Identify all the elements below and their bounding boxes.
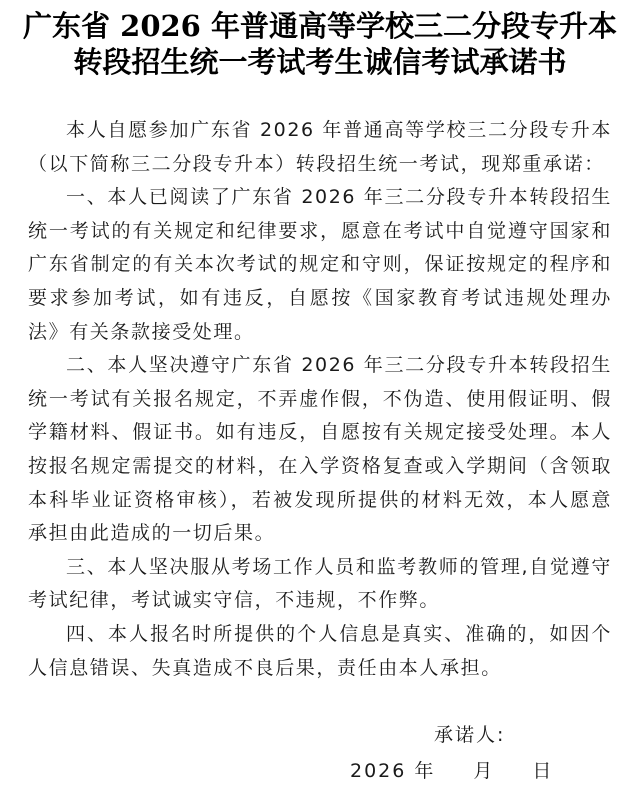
document-body: 本人自愿参加广东省 2026 年普通高等学校三二分段专升本（以下简称三二分段专升… [28,114,612,685]
clause-3-paragraph: 三、本人坚决服从考场工作人员和监考教师的管理,自觉遵守考试纪律，考试诚实守信，不… [28,551,612,618]
intro-paragraph: 本人自愿参加广东省 2026 年普通高等学校三二分段专升本（以下简称三二分段专升… [28,114,612,181]
signature-date: 2026 年月日 [350,756,553,783]
clause-1-paragraph: 一、本人已阅读了广东省 2026 年三二分段专升本转段招生统一考试的有关规定和纪… [28,181,612,349]
promisor-signature-label: 承诺人: [434,720,505,747]
document-title-line2: 转段招生统一考试考生诚信考试承诺书 [0,44,640,80]
date-month: 月 [473,760,494,782]
date-year: 2026 年 [350,760,435,782]
clause-4-paragraph: 四、本人报名时所提供的个人信息是真实、准确的，如因个人信息错误、失真造成不良后果… [28,618,612,685]
date-day: 日 [532,760,553,782]
document-title-line1: 广东省 2026 年普通高等学校三二分段专升本 [0,8,640,44]
clause-2-paragraph: 二、本人坚决遵守广东省 2026 年三二分段专升本转段招生统一考试有关报名规定，… [28,349,612,551]
